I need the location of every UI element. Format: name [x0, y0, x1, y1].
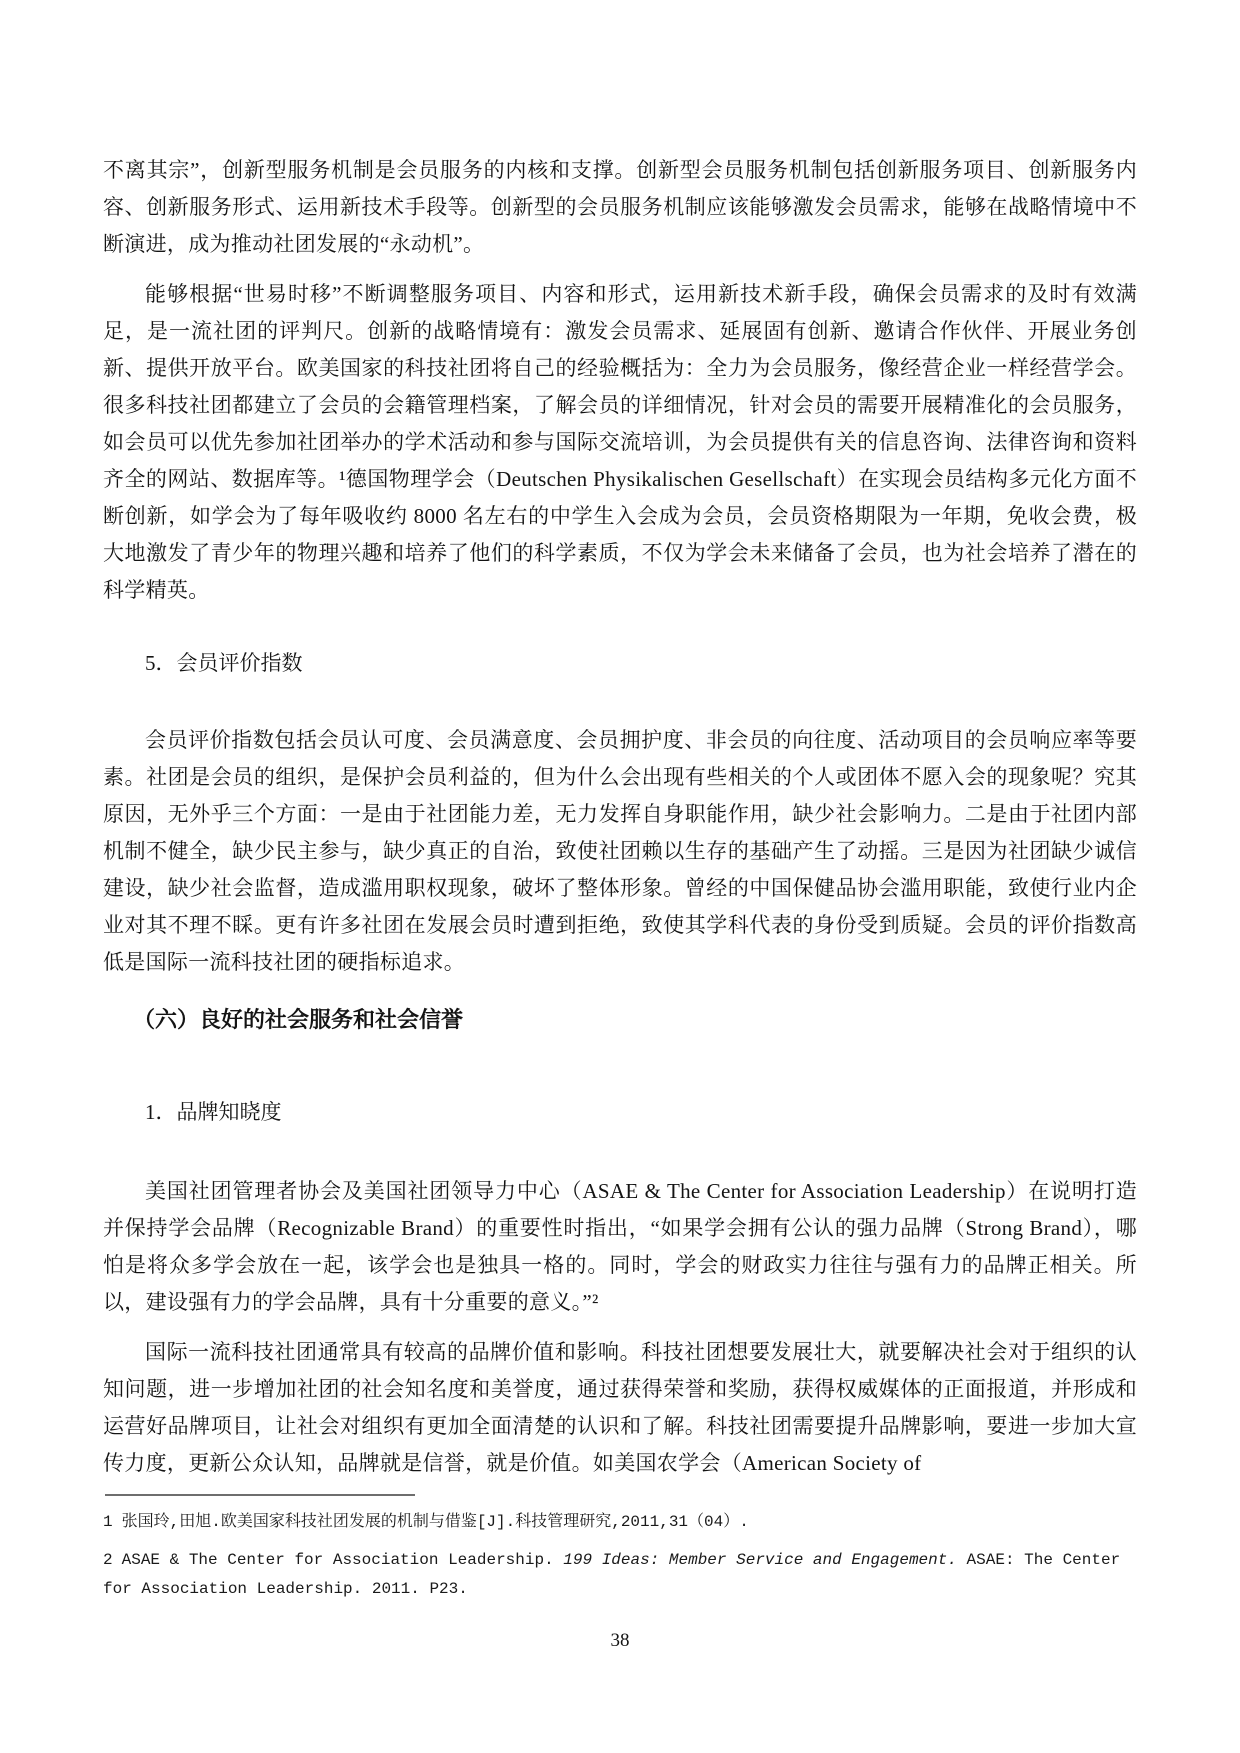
- heading-section-six: （六）良好的社会服务和社会信誉: [103, 1001, 1137, 1038]
- document-page: 不离其宗”，创新型服务机制是会员服务的内核和支撑。创新型会员服务机制包括创新服务…: [0, 0, 1240, 1753]
- footnote-area: 1张国玲,田旭.欧美国家科技社团发展的机制与借鉴[J].科技管理研究,2011,…: [103, 1508, 1137, 1604]
- page-number: 38: [0, 1629, 1240, 1653]
- footnote-1-text: 张国玲,田旭.欧美国家科技社团发展的机制与借鉴[J].科技管理研究,2011,3…: [122, 1513, 749, 1531]
- footnote-2: 2ASAE & The Center for Association Leade…: [103, 1546, 1137, 1604]
- footnote-2-cited-title: 199 Ideas: Member Service and Engagement…: [563, 1551, 957, 1569]
- footnote-separator: [105, 1494, 415, 1496]
- footnote-1-marker: 1: [103, 1513, 122, 1531]
- body-paragraph-5: 国际一流科技社团通常具有较高的品牌价值和影响。科技社团想要发展壮大，就要解决社会…: [103, 1334, 1137, 1482]
- body-paragraph-3: 会员评价指数包括会员认可度、会员满意度、会员拥护度、非会员的向往度、活动项目的会…: [103, 722, 1137, 981]
- footnote-2-marker: 2: [103, 1551, 122, 1569]
- body-paragraph-4: 美国社团管理者协会及美国社团领导力中心（ASAE & The Center fo…: [103, 1173, 1137, 1321]
- document-body: 不离其宗”，创新型服务机制是会员服务的内核和支撑。创新型会员服务机制包括创新服务…: [103, 152, 1137, 1613]
- footnote-2-prefix: ASAE & The Center for Association Leader…: [122, 1551, 564, 1569]
- heading-member-evaluation-index: 5．会员评价指数: [103, 645, 1137, 682]
- heading-brand-awareness: 1．品牌知晓度: [103, 1094, 1137, 1131]
- body-paragraph-2: 能够根据“世易时移”不断调整服务项目、内容和形式，运用新技术新手段，确保会员需求…: [103, 276, 1137, 609]
- footnote-1: 1张国玲,田旭.欧美国家科技社团发展的机制与借鉴[J].科技管理研究,2011,…: [103, 1508, 1137, 1537]
- body-paragraph-1: 不离其宗”，创新型服务机制是会员服务的内核和支撑。创新型会员服务机制包括创新服务…: [103, 152, 1137, 263]
